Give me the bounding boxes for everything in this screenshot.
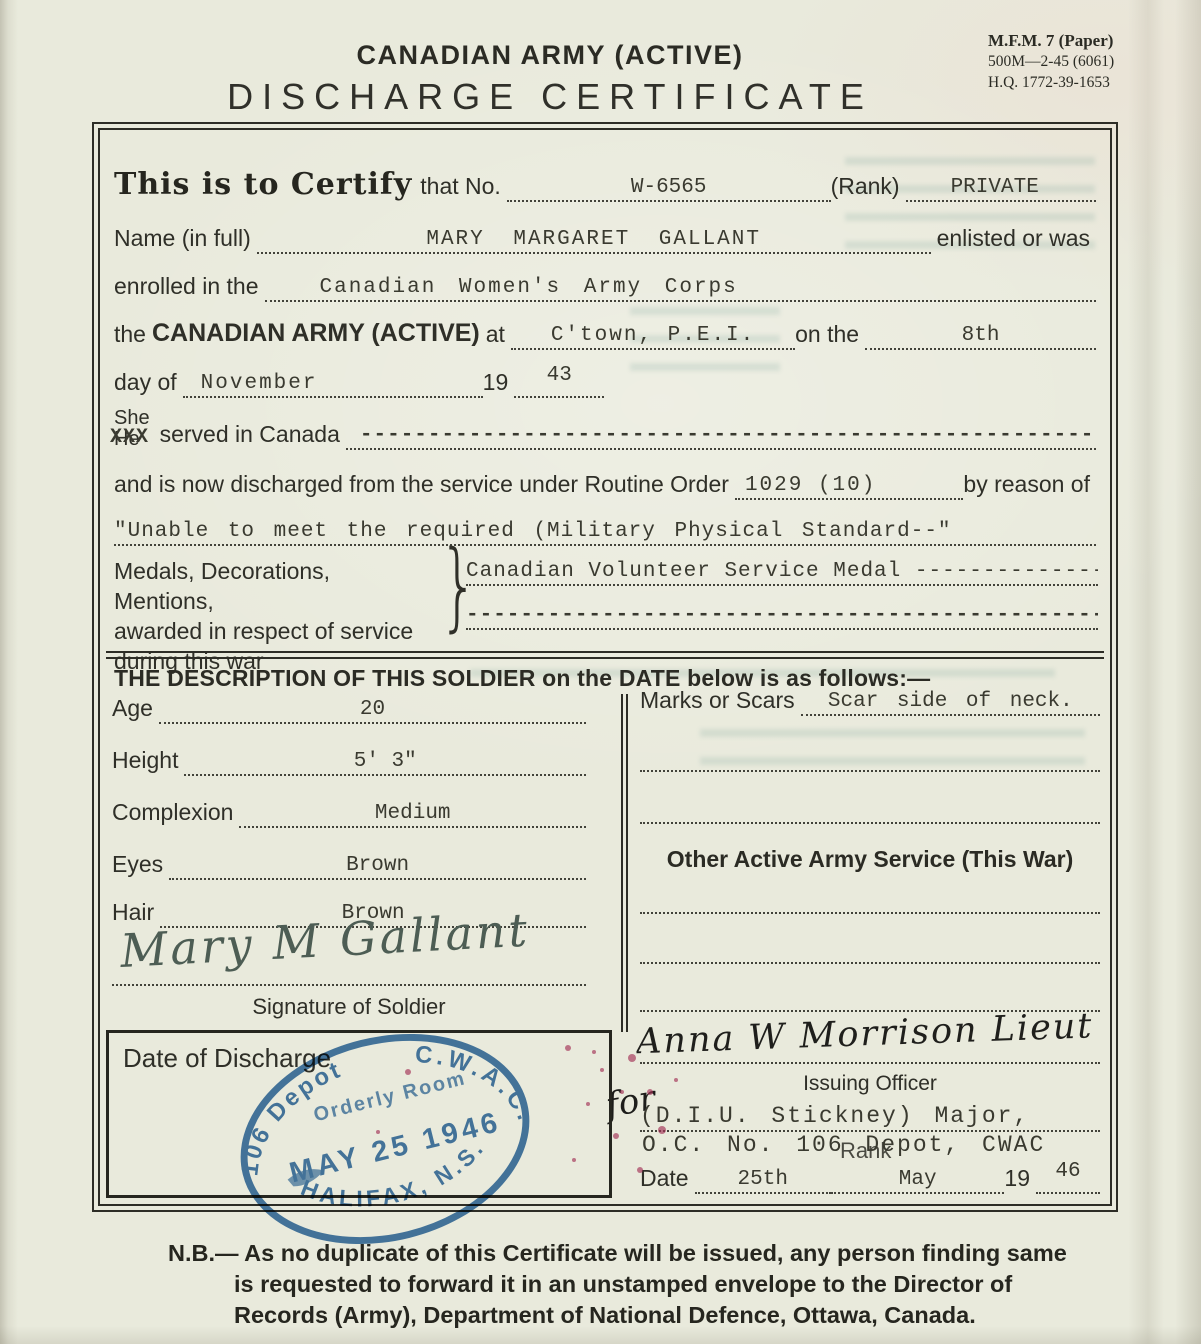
red-ink-speckles [556,1040,560,1044]
that-no-label: that No. [420,173,507,202]
medals-line2-row: ----------------------------------------… [466,584,1098,630]
blank-line [640,968,1100,1012]
served-value: ----------------------------------------… [346,424,1096,447]
soldier-signature-line [112,942,586,986]
double-rule [106,651,1104,659]
row-certify: This is to Certify that No. W-6565 (Rank… [114,152,1096,202]
row-complexion: Complexion Medium [112,784,586,828]
date-label: Date [640,1165,695,1194]
service-number-value: W-6565 [507,176,831,199]
row-name: Name (in full) MARY MARGARET GALLANT enl… [114,206,1096,254]
age-label: Age [112,695,159,724]
date-month-field: May [831,1162,1005,1194]
officer-signature-field [640,1032,1100,1064]
row-issue-date: Date 25th May 19 46 [640,1152,1100,1194]
medals-line2-value: ----------------------------------------… [466,604,1098,627]
scanned-discharge-certificate: M.F.M. 7 (Paper) 500M—2-45 (6061) H.Q. 1… [0,0,1201,1344]
date-month-value: May [831,1168,1005,1191]
complexion-label: Complexion [112,799,239,828]
enrolled-label: enrolled in the [114,273,265,302]
army-pre: the [114,321,152,350]
complexion-field: Medium [239,796,586,828]
blank-line [640,870,1100,914]
column-divider [621,694,628,1032]
marks-value: Scar side of neck. [801,690,1100,713]
on-the-label: on the [795,321,865,350]
height-field: 5' 3" [184,744,586,776]
rank-label: (Rank) [831,173,906,202]
medals-label-line2: awarded in respect of service [114,616,434,646]
row-eyes: Eyes Brown [112,836,586,880]
unit-field: Canadian Women's Army Corps [265,270,1097,302]
she-he-selector: She He XXX [114,408,160,450]
row-age: Age 20 [112,680,586,724]
marks-label: Marks or Scars [640,687,801,716]
document-subtitle: DISCHARGE CERTIFICATE [0,76,1100,118]
document-title: CANADIAN ARMY (ACTIVE) [0,40,1100,71]
routine-order-field: 1029 (10) [735,468,963,500]
soldier-signature-field [112,954,586,986]
footer-line2: is requested to forward it in an unstamp… [168,1269,1078,1300]
row-height: Height 5' 3" [112,732,586,776]
marks-field: Scar side of neck. [801,684,1100,716]
rank-field: PRIVATE [906,170,1096,202]
row-routine-order: and is now discharged from the service u… [114,452,1096,500]
medals-label-line1: Medals, Decorations, Mentions, [114,556,434,616]
officer-signature-line [640,1020,1100,1064]
rank-value: PRIVATE [906,176,1096,199]
date-year-field: 46 [1036,1162,1100,1194]
blank-line [640,728,1100,772]
unit-value: Canadian Women's Army Corps [265,276,1097,299]
officer-typed1-row: (D.I.U. Stickney) Major, [640,1090,1100,1132]
row-army-at: the CANADIAN ARMY (ACTIVE) at C'town, P.… [114,302,1096,350]
name-field: MARY MARGARET GALLANT [257,222,931,254]
medals-line1-row: Canadian Volunteer Service Medal -------… [466,540,1098,586]
year-pre-label: 19 [483,369,515,398]
blank-line [640,780,1100,824]
date-day-value: 25th [695,1168,831,1191]
date-day-field: 25th [695,1162,831,1194]
day-value: 8th [865,324,1096,347]
place-field: C'town, P.E.I. [511,318,795,350]
enlisted-text: enlisted or was [931,225,1096,254]
eyes-field: Brown [169,848,586,880]
row-served: She He XXX served in Canada ------------… [114,402,1096,450]
served-label: served in Canada [160,421,346,450]
place-value: C'town, P.E.I. [511,324,795,347]
age-field: 20 [159,692,586,724]
month-field: November [183,366,483,398]
month-value: November [183,372,483,395]
row-day-of: day of November 19 43 [114,350,1096,398]
date-year-value: 46 [1036,1160,1100,1183]
at-label: at [486,321,511,350]
medals-line2-field: ----------------------------------------… [466,598,1098,630]
blank-field [640,932,1100,964]
served-field: ----------------------------------------… [346,418,1096,450]
eyes-label: Eyes [112,851,169,880]
age-value: 20 [159,698,586,721]
he-text-struck: He XXX [114,429,150,450]
date-year-pre: 19 [1004,1165,1036,1194]
blank-line [640,920,1100,964]
blank-field [640,882,1100,914]
year-value: 43 [514,364,604,387]
medals-line1-value: Canadian Volunteer Service Medal -------… [466,560,1098,583]
height-label: Height [112,747,184,776]
other-service-heading: Other Active Army Service (This War) [640,846,1100,873]
by-reason-label: by reason of [963,471,1096,500]
service-number-field: W-6565 [507,170,831,202]
certificate-border: This is to Certify that No. W-6565 (Rank… [92,122,1118,1212]
discharge-line-label: and is now discharged from the service u… [114,471,735,500]
day-field: 8th [865,318,1096,350]
officer-typed1-field: (D.I.U. Stickney) Major, [640,1100,1100,1132]
name-label: Name (in full) [114,225,257,254]
height-value: 5' 3" [184,750,586,773]
complexion-value: Medium [239,802,586,825]
officer-typed1-value: (D.I.U. Stickney) Major, [640,1103,1100,1129]
name-value: MARY MARGARET GALLANT [257,228,931,251]
blank-field [640,980,1100,1012]
medals-line1-field: Canadian Volunteer Service Medal -------… [466,554,1098,586]
footer-line3: Records (Army), Department of National D… [168,1300,1078,1331]
day-of-label: day of [114,369,183,398]
routine-order-value: 1029 (10) [735,474,963,497]
row-enrolled: enrolled in the Canadian Women's Army Co… [114,254,1096,302]
blank-field [640,792,1100,824]
strikeout-xxx: XXX [110,427,149,448]
row-reason: "Unable to meet the required (Military P… [114,498,1096,546]
year-field: 43 [514,366,604,398]
blank-field [640,740,1100,772]
eyes-value: Brown [169,854,586,877]
row-marks: Marks or Scars Scar side of neck. [640,672,1100,716]
officer-typed2-value: O.C. No. 106 Depot, CWAC [642,1132,1045,1158]
army-name: CANADIAN ARMY (ACTIVE) [152,319,486,350]
certify-lead: This is to Certify [114,167,420,202]
